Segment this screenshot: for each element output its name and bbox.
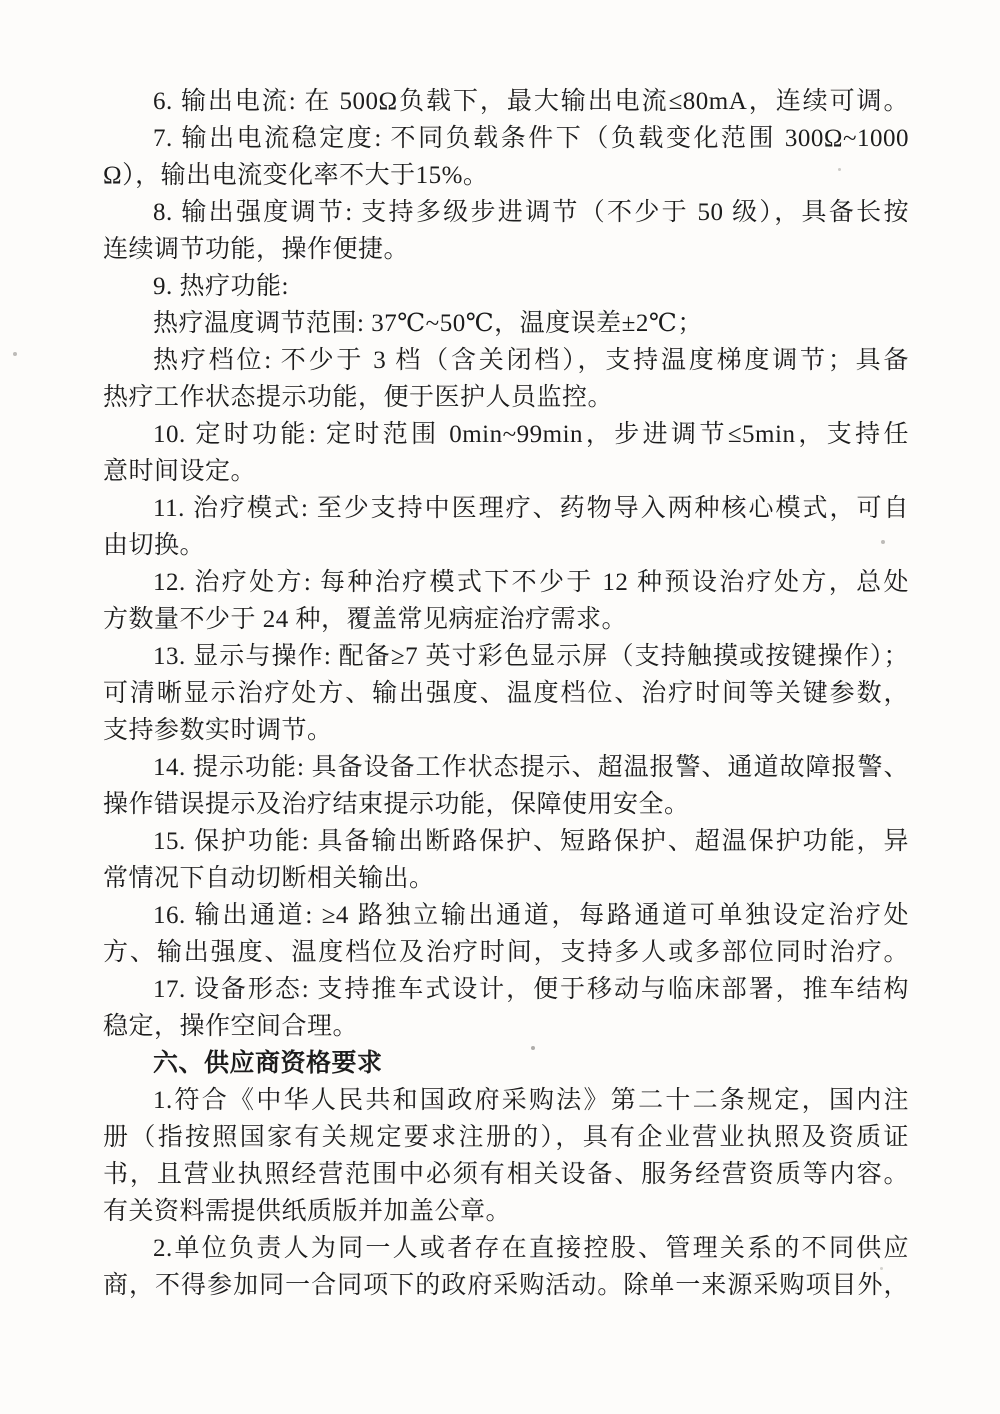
scan-speck xyxy=(881,540,885,544)
doc-line: 商，不得参加同一合同项下的政府采购活动。除单一来源采购项目外， xyxy=(103,1267,909,1304)
doc-line: 13. 显示与操作: 配备≥7 英寸彩色显示屏（支持触摸或按键操作）； xyxy=(103,638,909,675)
doc-line: 热疗工作状态提示功能，便于医护人员监控。 xyxy=(103,379,909,416)
doc-line: Ω），输出电流变化率不大于15%。 xyxy=(103,157,909,194)
doc-line: 9. 热疗功能: xyxy=(103,268,909,305)
doc-line: 方数量不少于 24 种，覆盖常见病症治疗需求。 xyxy=(103,601,909,638)
doc-line: 连续调节功能，操作便捷。 xyxy=(103,231,909,268)
scan-speck xyxy=(13,352,17,356)
doc-line: 操作错误提示及治疗结束提示功能，保障使用安全。 xyxy=(103,786,909,823)
document-text-block: 6. 输出电流: 在 500Ω负载下，最大输出电流≤80mA，连续可调。7. 输… xyxy=(103,83,909,1304)
doc-line: 15. 保护功能: 具备输出断路保护、短路保护、超温保护功能，异 xyxy=(103,823,909,860)
doc-line: 11. 治疗模式: 至少支持中医理疗、药物导入两种核心模式，可自 xyxy=(103,490,909,527)
section-heading: 六、供应商资格要求 xyxy=(103,1045,909,1082)
doc-line: 支持参数实时调节。 xyxy=(103,712,909,749)
scanned-document-page: 6. 输出电流: 在 500Ω负载下，最大输出电流≤80mA，连续可调。7. 输… xyxy=(0,0,1000,1414)
doc-line: 书，且营业执照经营范围中必须有相关设备、服务经营资质等内容。 xyxy=(103,1156,909,1193)
scan-speck xyxy=(838,168,841,171)
doc-line: 方、输出强度、温度档位及治疗时间，支持多人或多部位同时治疗。 xyxy=(103,934,909,971)
scan-speck xyxy=(531,1046,535,1050)
doc-line: 稳定，操作空间合理。 xyxy=(103,1008,909,1045)
doc-line: 由切换。 xyxy=(103,527,909,564)
doc-line: 热疗档位: 不少于 3 档（含关闭档），支持温度梯度调节；具备 xyxy=(103,342,909,379)
doc-line: 意时间设定。 xyxy=(103,453,909,490)
doc-line: 册（指按照国家有关规定要求注册的），具有企业营业执照及资质证 xyxy=(103,1119,909,1156)
doc-line: 14. 提示功能: 具备设备工作状态提示、超温报警、通道故障报警、 xyxy=(103,749,909,786)
doc-line: 7. 输出电流稳定度: 不同负载条件下（负载变化范围 300Ω~1000 xyxy=(103,120,909,157)
doc-line: 2.单位负责人为同一人或者存在直接控股、管理关系的不同供应 xyxy=(103,1230,909,1267)
doc-line: 10. 定时功能: 定时范围 0min~99min，步进调节≤5min，支持任 xyxy=(103,416,909,453)
doc-line: 17. 设备形态: 支持推车式设计，便于移动与临床部署，推车结构 xyxy=(103,971,909,1008)
doc-line: 可清晰显示治疗处方、输出强度、温度档位、治疗时间等关键参数， xyxy=(103,675,909,712)
doc-line: 热疗温度调节范围: 37℃~50℃，温度误差±2℃； xyxy=(103,305,909,342)
doc-line: 常情况下自动切断相关输出。 xyxy=(103,860,909,897)
doc-line: 1.符合《中华人民共和国政府采购法》第二十二条规定，国内注 xyxy=(103,1082,909,1119)
scan-speck xyxy=(880,1267,883,1270)
doc-line: 有关资料需提供纸质版并加盖公章。 xyxy=(103,1193,909,1230)
doc-line: 12. 治疗处方: 每种治疗模式下不少于 12 种预设治疗处方，总处 xyxy=(103,564,909,601)
doc-line: 8. 输出强度调节: 支持多级步进调节（不少于 50 级），具备长按 xyxy=(103,194,909,231)
doc-line: 16. 输出通道: ≥4 路独立输出通道，每路通道可单独设定治疗处 xyxy=(103,897,909,934)
doc-line: 6. 输出电流: 在 500Ω负载下，最大输出电流≤80mA，连续可调。 xyxy=(103,83,909,120)
